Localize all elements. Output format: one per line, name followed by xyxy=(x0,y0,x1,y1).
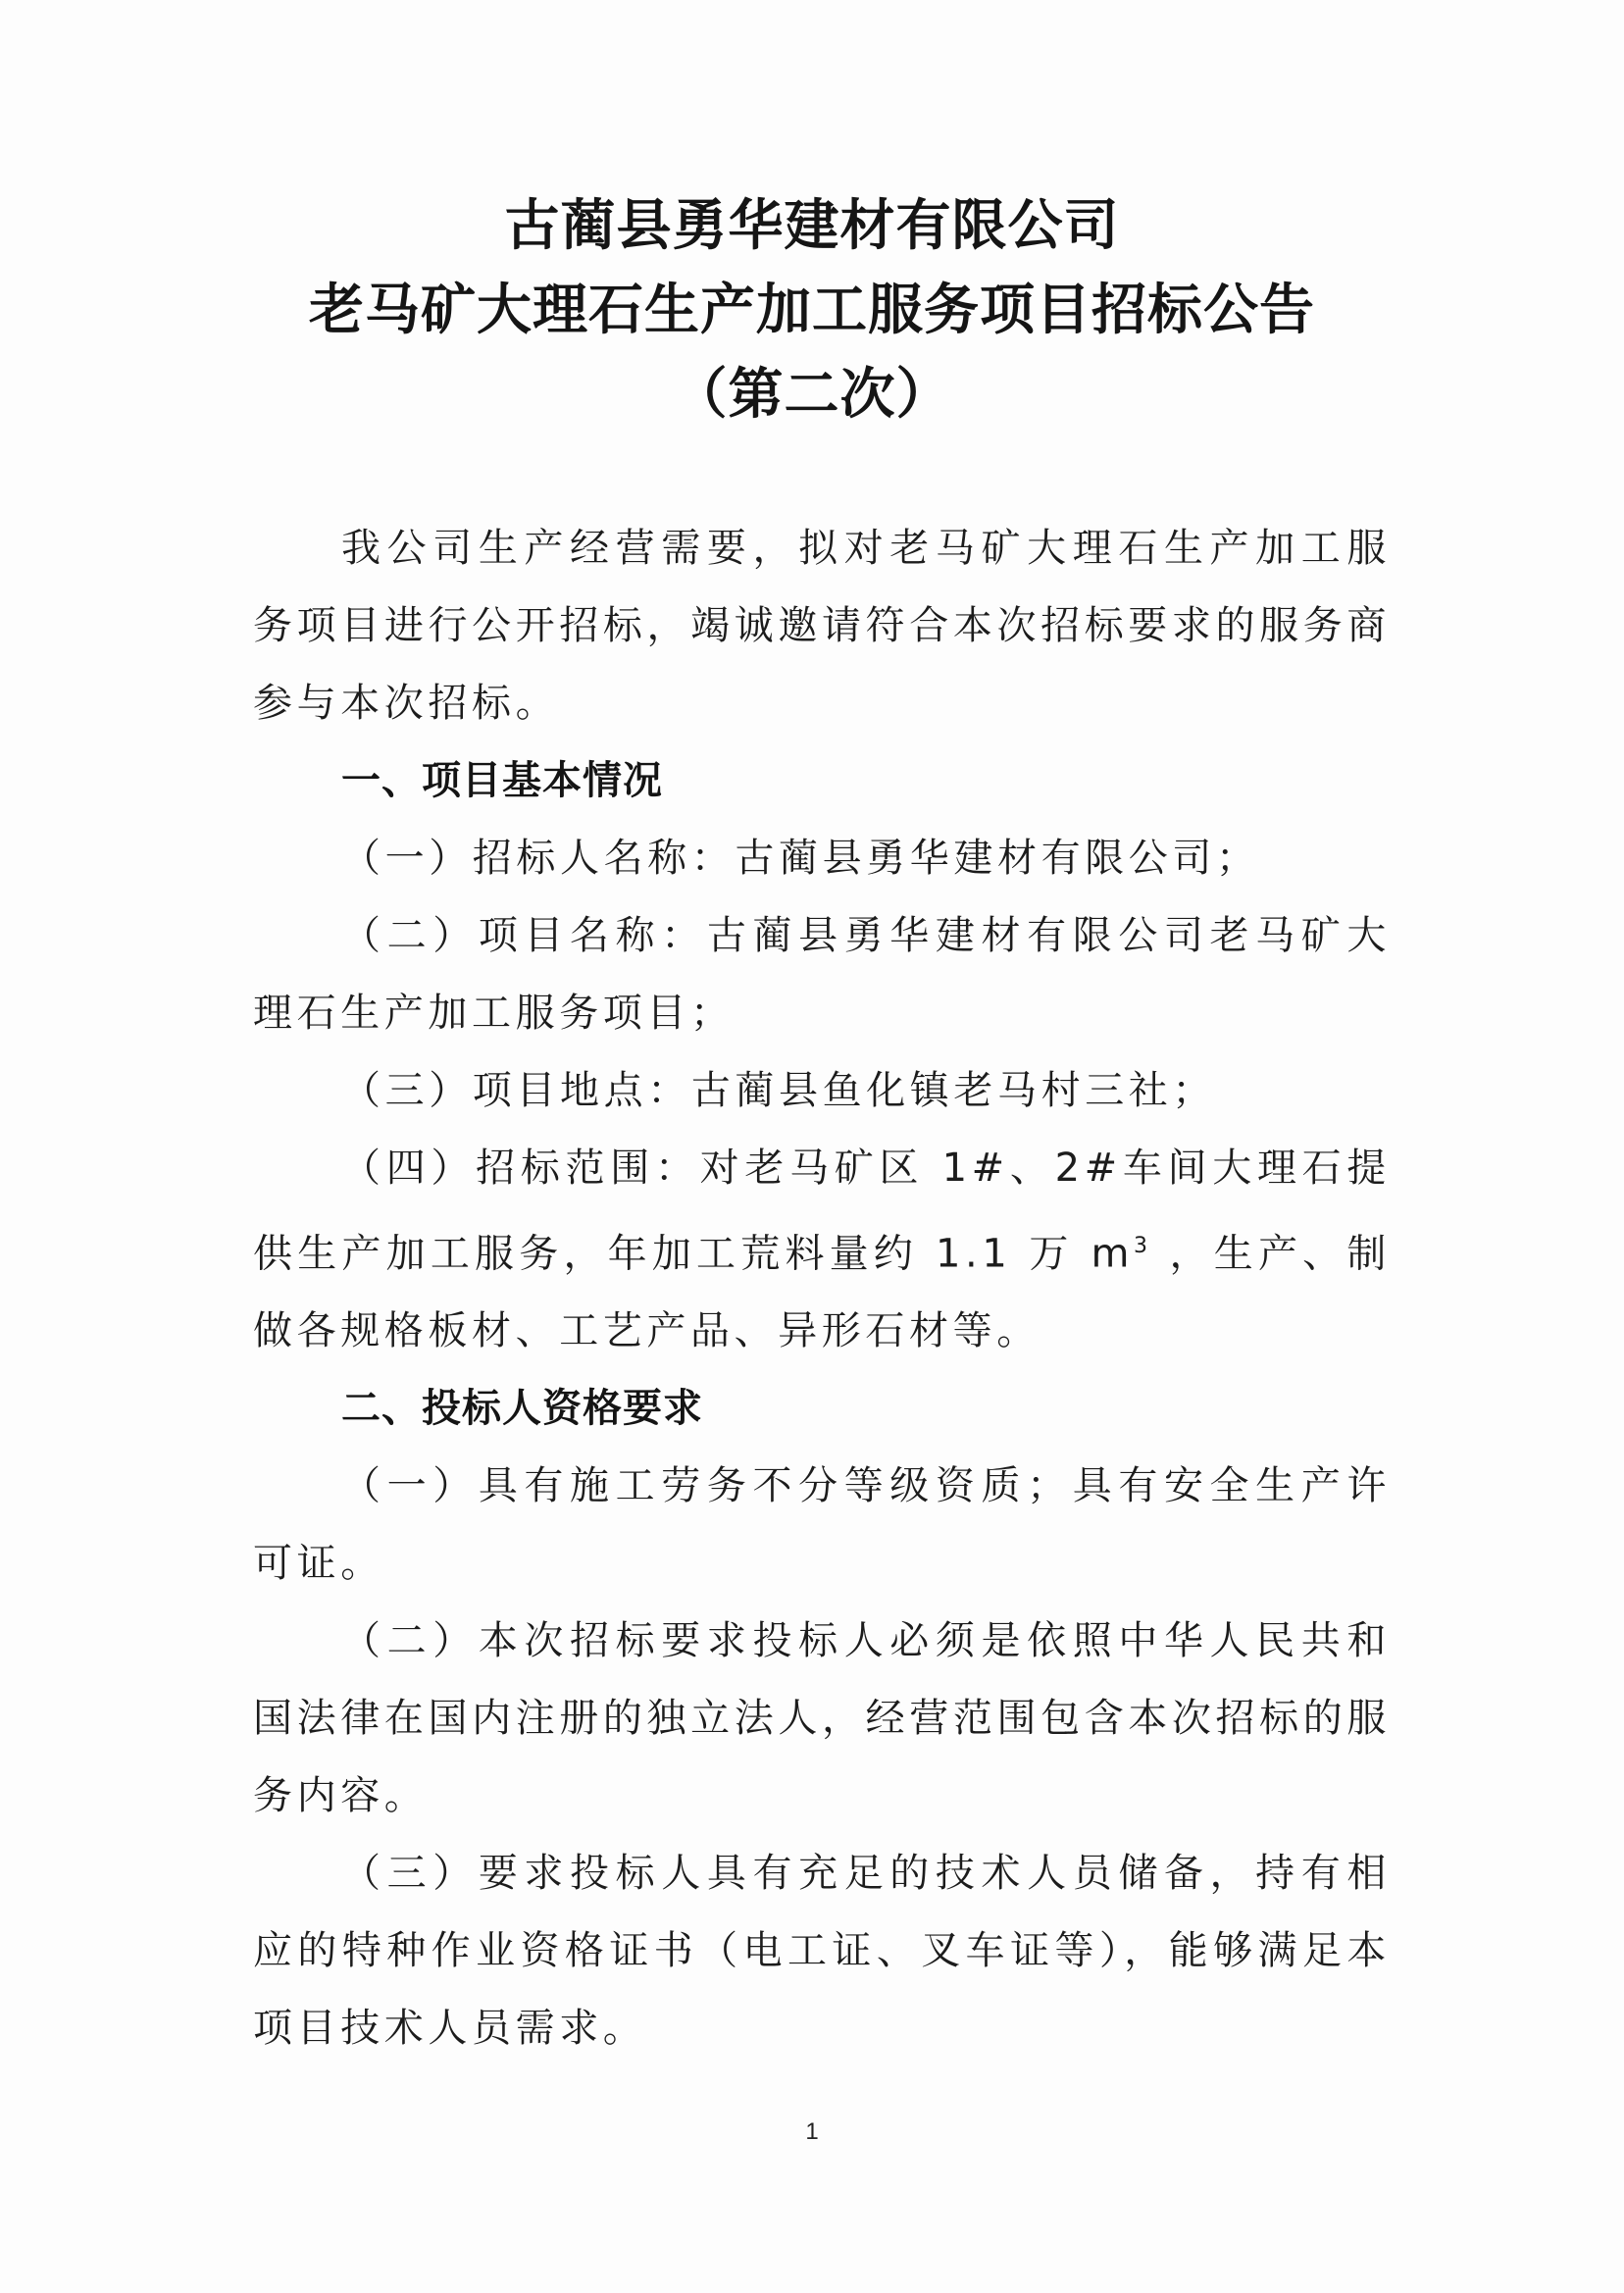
item-qualification-3: （三）要求投标人具有充足的技术人员储备，持有相应的特种作业资格证书（电工证、叉车… xyxy=(253,1835,1391,2067)
page-number: 1 xyxy=(0,2118,1624,2146)
document-title: 古蔺县勇华建材有限公司 老马矿大理石生产加工服务项目招标公告 （第二次） xyxy=(0,184,1624,437)
title-project: 老马矿大理石生产加工服务项目招标公告 xyxy=(0,269,1624,353)
item-project-name: （二）项目名称：古蔺县勇华建材有限公司老马矿大理石生产加工服务项目； xyxy=(253,897,1391,1052)
unit-superscript: 3 xyxy=(1134,1234,1152,1258)
item-tender-scope: （四）招标范围：对老马矿区 1#、2#车间大理石提供生产加工服务，年加工荒料量约… xyxy=(253,1130,1391,1370)
title-round: （第二次） xyxy=(0,353,1624,437)
item-tenderer-name: （一）招标人名称：古蔺县勇华建材有限公司； xyxy=(253,820,1391,897)
intro-paragraph: 我公司生产经营需要，拟对老马矿大理石生产加工服务项目进行公开招标，竭诚邀请符合本… xyxy=(253,510,1391,742)
item-qualification-2: （二）本次招标要求投标人必须是依照中华人民共和国法律在国内注册的独立法人，经营范… xyxy=(253,1603,1391,1835)
document-body: 我公司生产经营需要，拟对老马矿大理石生产加工服务项目进行公开招标，竭诚邀请符合本… xyxy=(253,510,1391,2067)
title-company: 古蔺县勇华建材有限公司 xyxy=(0,184,1624,269)
item-project-location: （三）项目地点：古蔺县鱼化镇老马村三社； xyxy=(253,1052,1391,1130)
section-heading-qualifications: 二、投标人资格要求 xyxy=(253,1370,1391,1448)
document-page: 古蔺县勇华建材有限公司 老马矿大理石生产加工服务项目招标公告 （第二次） 我公司… xyxy=(0,0,1624,2293)
section-heading-project-info: 一、项目基本情况 xyxy=(253,742,1391,820)
item-qualification-1: （一）具有施工劳务不分等级资质；具有安全生产许可证。 xyxy=(253,1448,1391,1603)
